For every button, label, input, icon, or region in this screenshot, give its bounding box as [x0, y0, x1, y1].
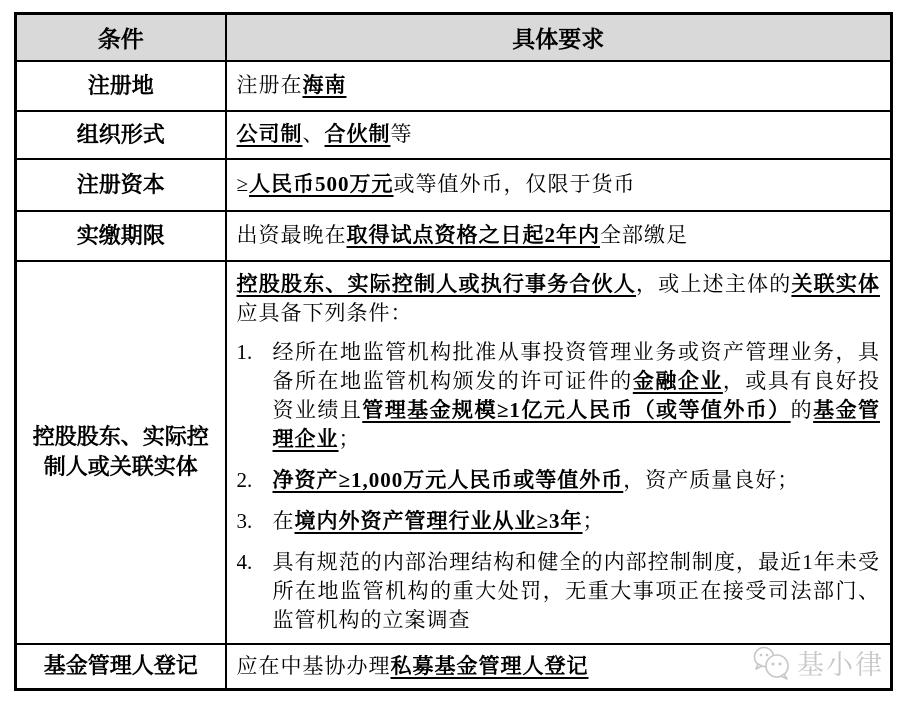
row-manager-registration: 基金管理人登记 应在中基协办理私募基金管理人登记 [16, 644, 892, 690]
row-label-manager-registration: 基金管理人登记 [16, 644, 226, 690]
row-content-organization-form: 公司制、合伙制等 [226, 111, 892, 159]
requirements-table: 条件 具体要求 注册地 注册在海南 组织形式 公司制、合伙制等 注册资本 ≥人民… [14, 12, 893, 691]
condition-item-4: 4. 具有规范的内部治理结构和健全的内部控制制度，最近1年未受所在地监管机构的重… [237, 548, 881, 635]
header-requirement: 具体要求 [226, 14, 892, 61]
row-label-organization-form: 组织形式 [16, 111, 226, 159]
row-paid-in-deadline: 实缴期限 出资最晚在取得试点资格之日起2年内全部缴足 [16, 211, 892, 261]
condition-item-2: 2. 净资产≥1,000万元人民币或等值外币，资产质量良好； [237, 466, 881, 495]
row-organization-form: 组织形式 公司制、合伙制等 [16, 111, 892, 159]
condition-item-3: 3. 在境内外资产管理行业从业≥3年； [237, 507, 881, 536]
row-content-manager-registration: 应在中基协办理私募基金管理人登记 [226, 644, 892, 690]
document-page: 条件 具体要求 注册地 注册在海南 组织形式 公司制、合伙制等 注册资本 ≥人民… [0, 0, 904, 704]
conditions-intro: 控股股东、实际控制人或执行事务合伙人，或上述主体的关联实体应具备下列条件： [237, 270, 881, 328]
row-label-registered-location: 注册地 [16, 61, 226, 111]
condition-item-text: 在境内外资产管理行业从业≥3年； [273, 507, 881, 536]
condition-item-text: 经所在地监管机构批准从事投资管理业务或资产管理业务，具备所在地监管机构颁发的许可… [273, 338, 881, 454]
condition-item-number: 1. [237, 338, 273, 454]
condition-item-text: 净资产≥1,000万元人民币或等值外币，资产质量良好； [273, 466, 881, 495]
condition-item-number: 3. [237, 507, 273, 536]
row-content-registered-location: 注册在海南 [226, 61, 892, 111]
condition-item-number: 2. [237, 466, 273, 495]
row-content-registered-capital: ≥人民币500万元或等值外币，仅限于货币 [226, 159, 892, 211]
condition-item-number: 4. [237, 548, 273, 635]
row-label-controlling-shareholder: 控股股东、实际控制人或关联实体 [16, 261, 226, 644]
condition-item-text: 具有规范的内部治理结构和健全的内部控制制度，最近1年未受所在地监管机构的重大处罚… [273, 548, 881, 635]
row-label-paid-in-deadline: 实缴期限 [16, 211, 226, 261]
header-row: 条件 具体要求 [16, 14, 892, 61]
row-controlling-shareholder: 控股股东、实际控制人或关联实体 控股股东、实际控制人或执行事务合伙人，或上述主体… [16, 261, 892, 644]
conditions-list: 1. 经所在地监管机构批准从事投资管理业务或资产管理业务，具备所在地监管机构颁发… [237, 338, 881, 635]
row-registered-capital: 注册资本 ≥人民币500万元或等值外币，仅限于货币 [16, 159, 892, 211]
row-content-controlling-shareholder: 控股股东、实际控制人或执行事务合伙人，或上述主体的关联实体应具备下列条件： 1.… [226, 261, 892, 644]
header-condition: 条件 [16, 14, 226, 61]
row-content-paid-in-deadline: 出资最晚在取得试点资格之日起2年内全部缴足 [226, 211, 892, 261]
row-label-registered-capital: 注册资本 [16, 159, 226, 211]
row-registered-location: 注册地 注册在海南 [16, 61, 892, 111]
condition-item-1: 1. 经所在地监管机构批准从事投资管理业务或资产管理业务，具备所在地监管机构颁发… [237, 338, 881, 454]
